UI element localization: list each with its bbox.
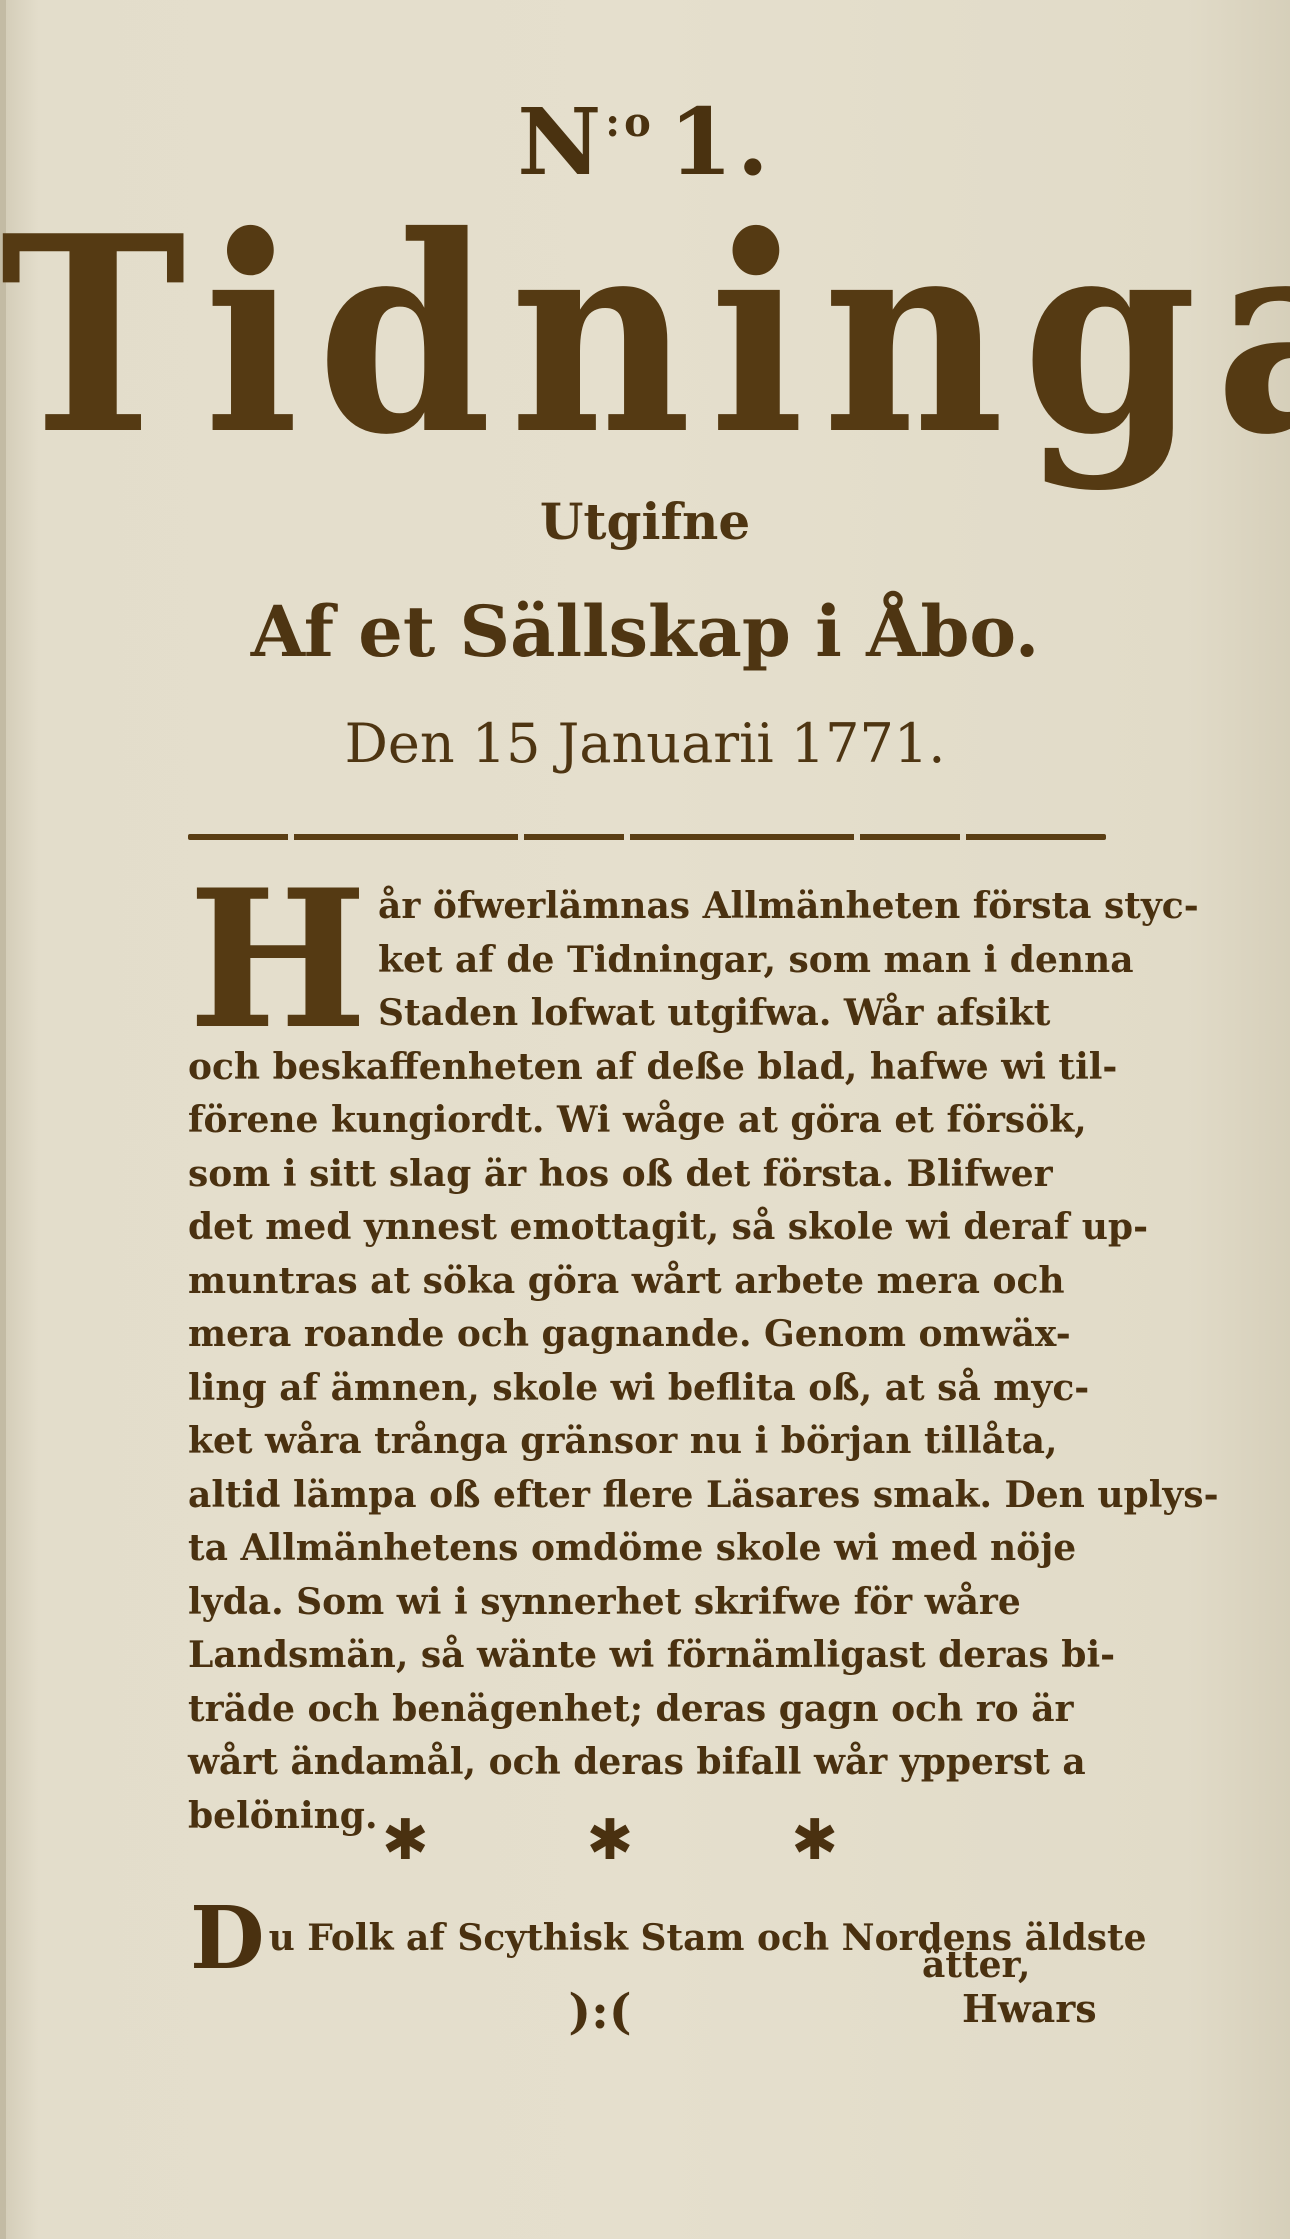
body-line: år öfwerlämnas Allmänheten första styc- [188, 880, 1108, 934]
body-line: ta Allmänhetens omdöme skole wi med nöje [188, 1522, 1108, 1576]
body-line: Landsmän, så wänte wi förnämligast deras… [188, 1629, 1108, 1683]
catchword: Hwars [962, 1986, 1097, 2031]
body-line: muntras at söka göra wårt arbete mera oc… [188, 1255, 1108, 1309]
body-line: det med ynnest emottagit, så skole wi de… [188, 1201, 1108, 1255]
subtitle-utgifne: Utgifne [0, 492, 1290, 551]
document-page: N:o1. Tidningar Utgifne Af et Sällskap i… [0, 0, 1290, 2239]
body-line: ket af de Tidningar, som man i denna [188, 934, 1108, 988]
horizontal-rule [188, 834, 1106, 840]
asterism-ornament: ✱ ✱ ✱ [0, 1808, 1290, 1873]
issue-date: Den 15 Januarii 1771. [0, 712, 1290, 775]
body-line: ling af ämnen, skole wi beflita oß, at s… [188, 1362, 1108, 1416]
subtitle-publisher: Af et Sällskap i Åbo. [0, 590, 1290, 673]
body-line: Staden lofwat utgifwa. Wår afsikt [188, 987, 1108, 1041]
body-line: altid lämpa oß efter flere Läsares smak.… [188, 1469, 1108, 1523]
verse-line-1-continued: ätter, [922, 1944, 1030, 1986]
body-line: ket wåra trånga gränsor nu i början till… [188, 1415, 1108, 1469]
body-line: och beskaffenheten af deße blad, hafwe w… [188, 1041, 1108, 1095]
body-line: mera roande och gagnande. Genom omwäx- [188, 1308, 1108, 1362]
body-line: wårt ändamål, och deras bifall wår ypper… [188, 1736, 1108, 1790]
masthead-title: Tidningar [0, 200, 1290, 470]
issue-number-superscript: :o [605, 99, 654, 146]
body-line: förene kungiordt. Wi wåge at göra et för… [188, 1094, 1108, 1148]
body-line: som i sitt slag är hos oß det första. Bl… [188, 1148, 1108, 1202]
body-line: träde och benägenhet; deras gagn och ro … [188, 1683, 1108, 1737]
body-line: lyda. Som wi i synnerhet skrifwe för wår… [188, 1576, 1108, 1630]
body-paragraph: år öfwerlämnas Allmänheten första styc- … [188, 880, 1108, 1843]
drop-cap-d: D [190, 1888, 265, 1989]
